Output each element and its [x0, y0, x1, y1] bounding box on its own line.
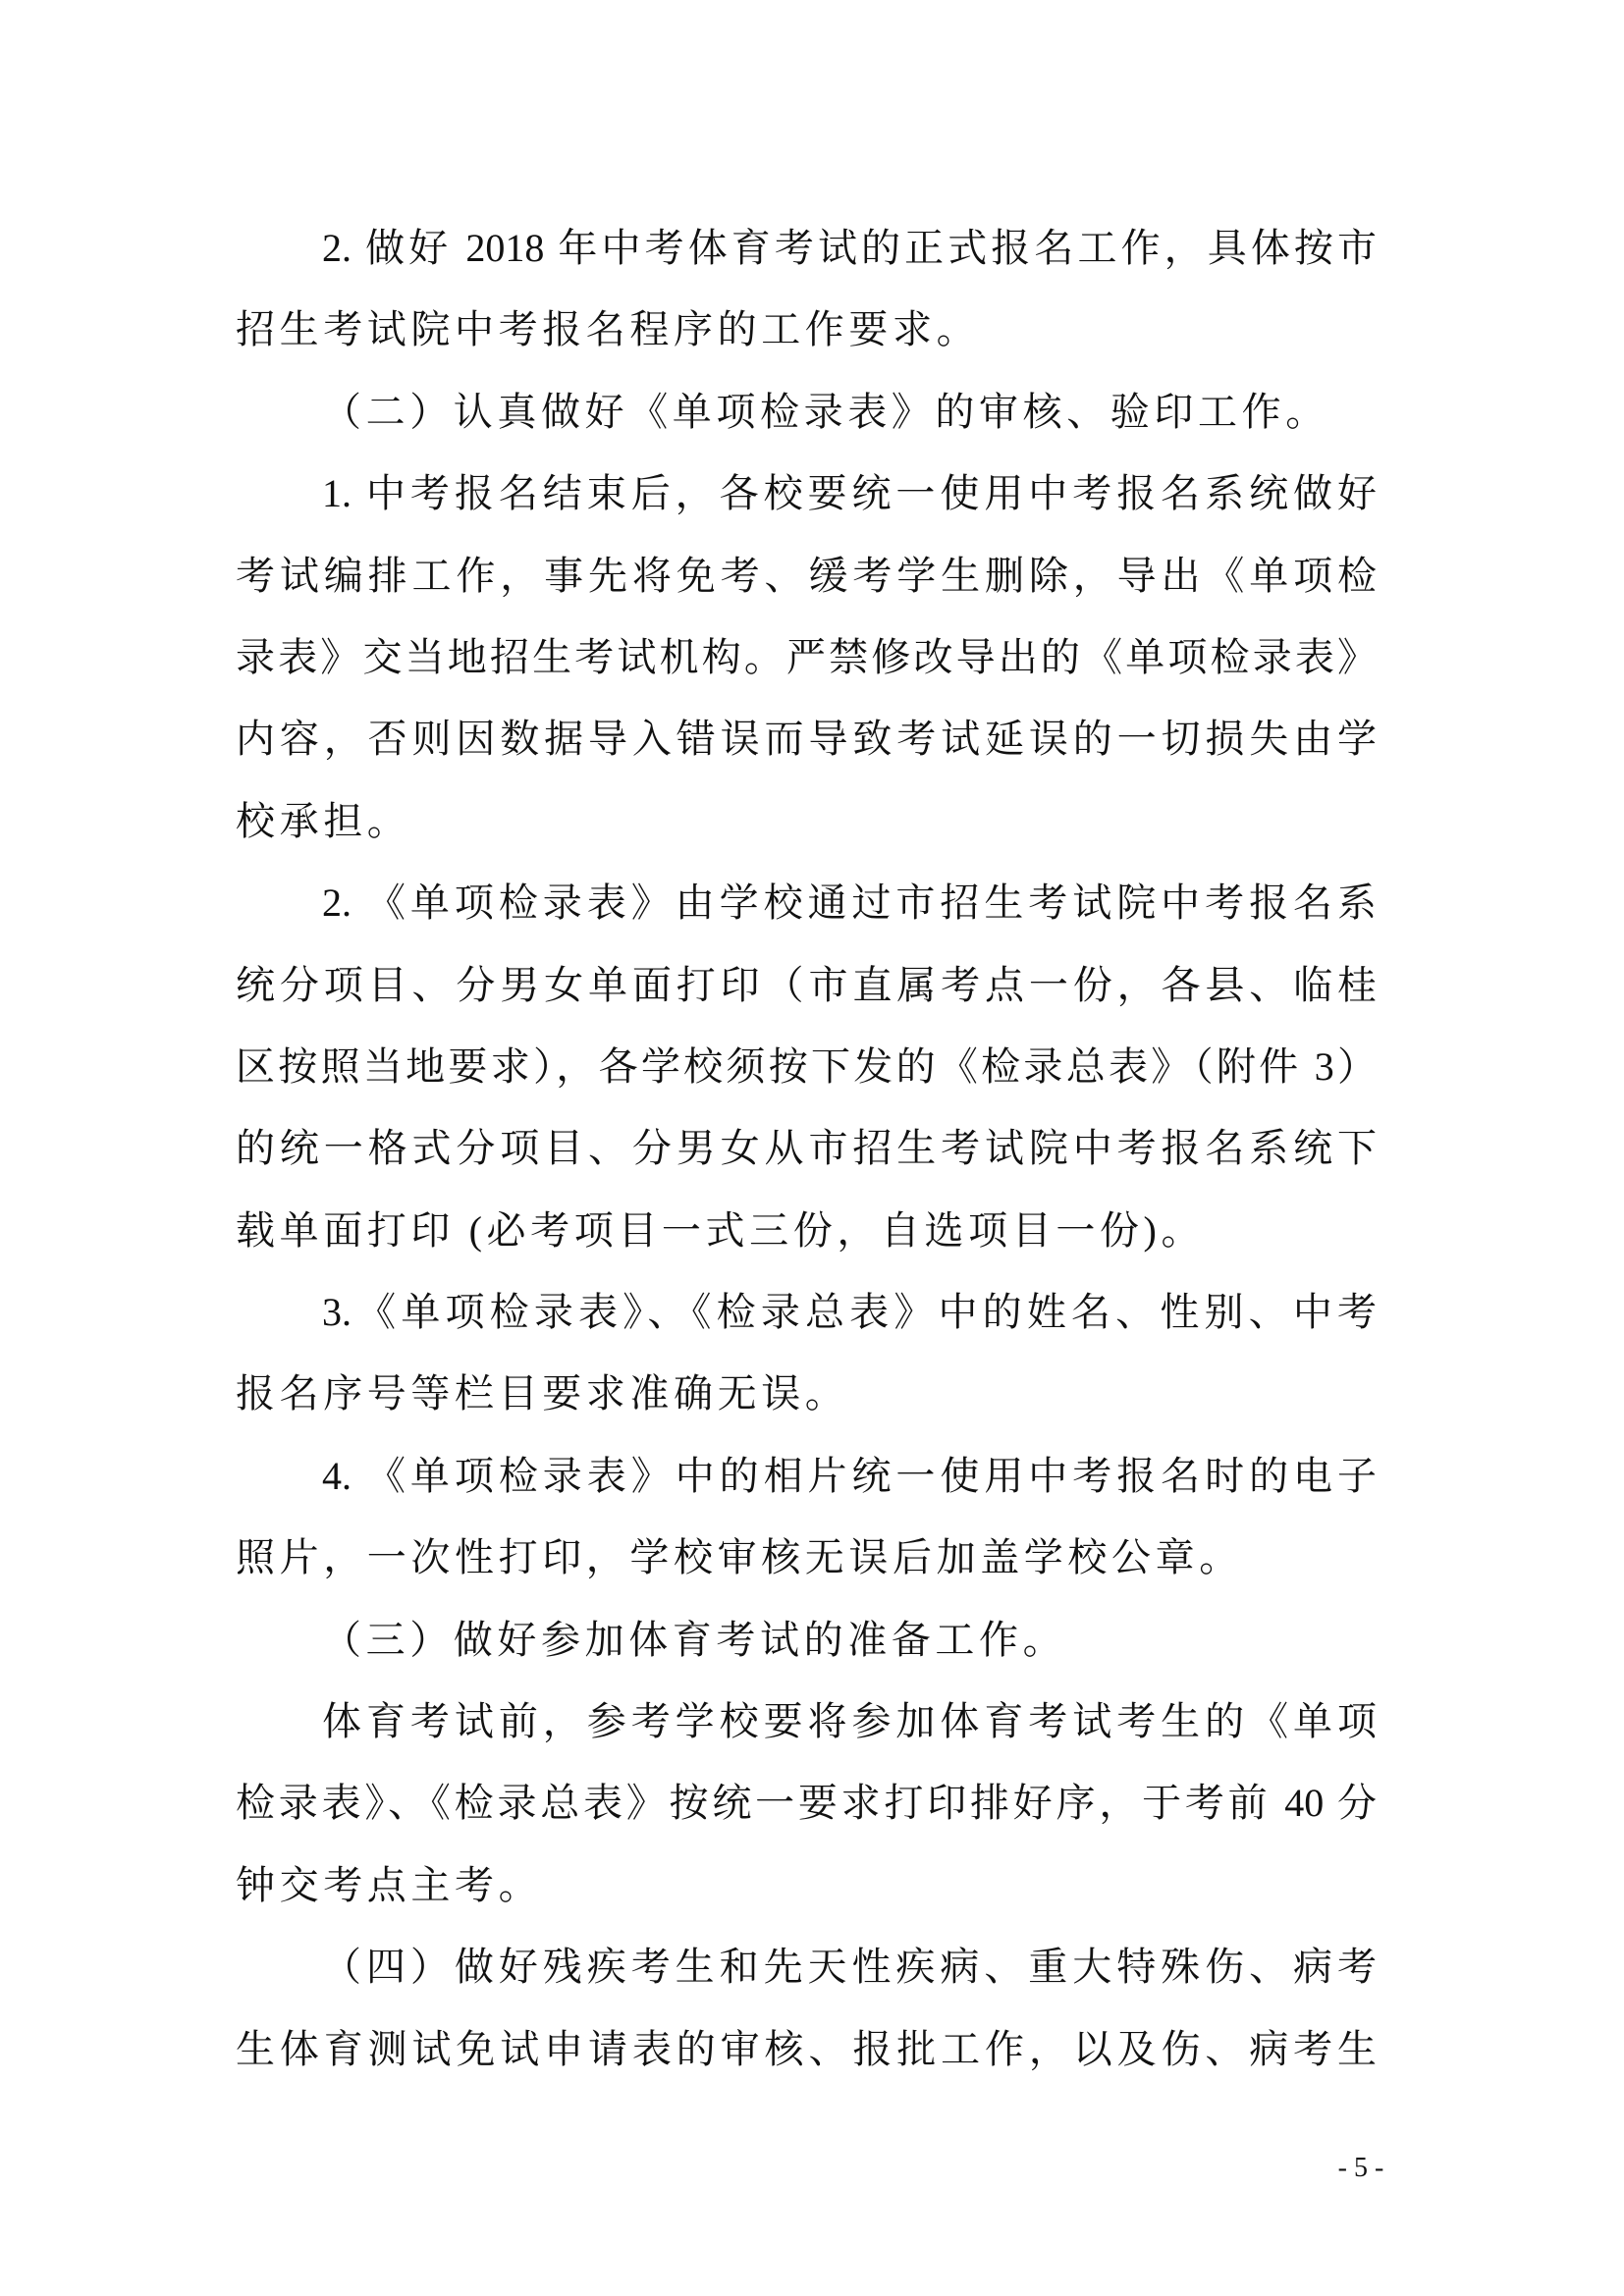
text-line: 1. 中考报名结束后，各校要统一使用中考报名系统做好: [236, 469, 1377, 551]
text-line: 报名序号等栏目要求准确无误。: [236, 1369, 1377, 1451]
text-line: 2. 《单项检录表》由学校通过市招生考试院中考报名系: [236, 879, 1377, 960]
document-page: 2. 做好 2018 年中考体育考试的正式报名工作，具体按市 招生考试院中考报名…: [0, 0, 1624, 2296]
text-line: 校承担。: [236, 797, 1377, 879]
page-number: - 5 -: [1326, 2152, 1396, 2185]
section-heading: （四）做好残疾考生和先天性疾病、重大特殊伤、病考: [236, 1943, 1377, 2024]
text-line: 3.《单项检录表》、《检录总表》中的姓名、性别、中考: [236, 1288, 1377, 1369]
text-line: 检录表》、《检录总表》按统一要求打印排好序，于考前 40 分: [236, 1779, 1377, 1860]
text-line: 统分项目、分男女单面打印（市直属考点一份，各县、临桂: [236, 961, 1377, 1042]
section-heading: （三）做好参加体育考试的准备工作。: [236, 1616, 1377, 1697]
text-line: 载单面打印 (必考项目一式三份，自选项目一份)。: [236, 1206, 1377, 1288]
text-line: 钟交考点主考。: [236, 1861, 1377, 1943]
text-line: 照片，一次性打印，学校审核无误后加盖学校公章。: [236, 1533, 1377, 1615]
text-line: 招生考试院中考报名程序的工作要求。: [236, 305, 1377, 387]
text-line: 的统一格式分项目、分男女从市招生考试院中考报名系统下: [236, 1124, 1377, 1205]
section-heading: （二）认真做好《单项检录表》的审核、验印工作。: [236, 388, 1377, 469]
text-line: 生体育测试免试申请表的审核、报批工作，以及伤、病考生: [236, 2025, 1377, 2107]
text-line: 2. 做好 2018 年中考体育考试的正式报名工作，具体按市: [236, 224, 1377, 305]
text-line: 4. 《单项检录表》中的相片统一使用中考报名时的电子: [236, 1452, 1377, 1533]
body-text: 2. 做好 2018 年中考体育考试的正式报名工作，具体按市 招生考试院中考报名…: [236, 224, 1377, 2107]
text-line: 体育考试前，参考学校要将参加体育考试考生的《单项: [236, 1697, 1377, 1779]
text-line: 录表》交当地招生考试机构。严禁修改导出的《单项检录表》: [236, 633, 1377, 715]
text-line: 区按照当地要求），各学校须按下发的《检录总表》（附件 3）: [236, 1042, 1377, 1124]
text-line: 考试编排工作，事先将免考、缓考学生删除，导出《单项检: [236, 552, 1377, 633]
text-line: 内容，否则因数据导入错误而导致考试延误的一切损失由学: [236, 715, 1377, 796]
